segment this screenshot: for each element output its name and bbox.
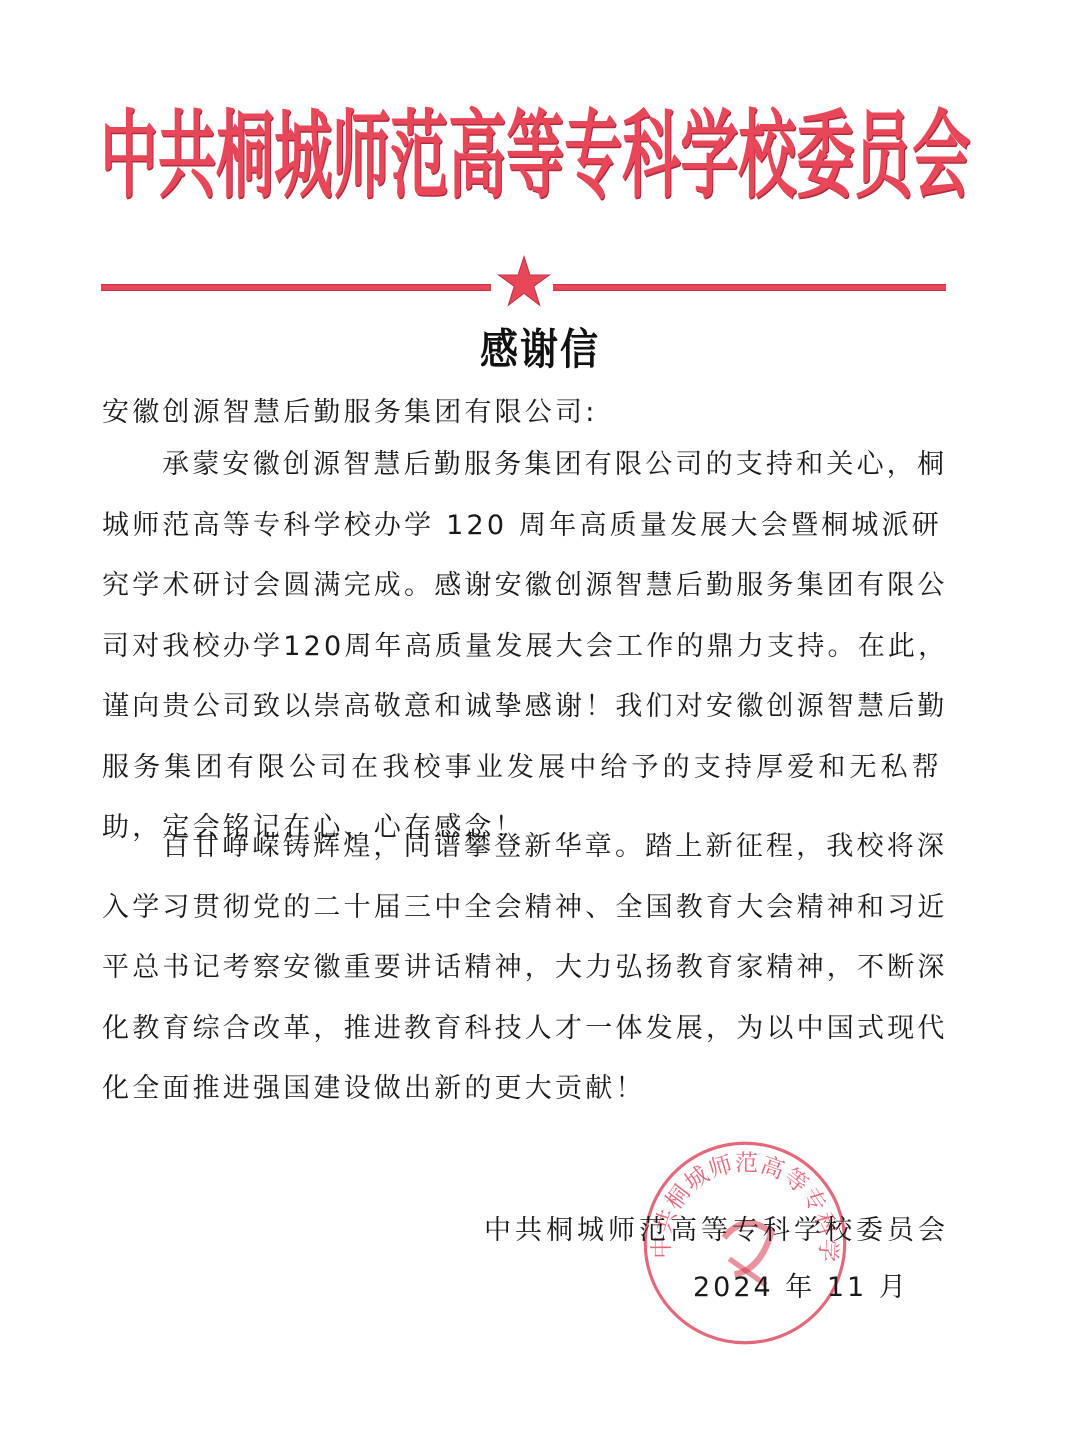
- letterhead-char: 高: [448, 78, 506, 217]
- letterhead-char: 委: [796, 78, 854, 217]
- signature: 中共桐城师范高等专科学校委员会: [484, 1208, 949, 1247]
- paragraph-line: 服务集团有限公司在我校事业发展中给予的支持厚爱和无私帮: [102, 738, 942, 799]
- salutation: 安徽创源智慧后勤服务集团有限公司:: [102, 390, 598, 429]
- paragraph-line: 化全面推进强国建设做出新的更大贡献！: [102, 1059, 942, 1120]
- paragraph-line: 谨向贵公司致以崇高敬意和诚挚感谢！我们对安徽创源智慧后勤: [102, 677, 942, 738]
- letterhead-char: 专: [564, 78, 622, 217]
- paragraph-1: 承蒙安徽创源智慧后勤服务集团有限公司的支持和关心，桐 城师范高等专科学校办学 1…: [102, 435, 942, 859]
- paragraph-line: 承蒙安徽创源智慧后勤服务集团有限公司的支持和关心，桐: [102, 435, 942, 496]
- letterhead-char: 桐: [216, 78, 274, 217]
- letterhead-char: 学: [680, 78, 738, 217]
- letterhead-char: 师: [332, 78, 390, 217]
- letterhead-divider-left: [101, 284, 491, 291]
- paragraph-line: 司对我校办学120周年高质量发展大会工作的鼎力支持。在此，: [102, 617, 942, 678]
- letterhead-char: 校: [738, 78, 796, 217]
- letterhead-divider-right: [553, 284, 946, 291]
- letterhead-char: 会: [912, 78, 970, 217]
- letterhead-char: 共: [158, 78, 216, 217]
- letterhead-char: 等: [506, 78, 564, 217]
- letterhead-char: 员: [854, 78, 912, 217]
- paragraph-line: 入学习贯彻党的二十届三中全会精神、全国教育大会精神和习近: [102, 878, 942, 939]
- letterhead-char: 范: [390, 78, 448, 217]
- letter-title: 感谢信: [0, 315, 1080, 377]
- letterhead-title: 中 共 桐 城 师 范 高 等 专 科 学 校 委 员 会: [100, 40, 960, 255]
- paragraph-line: 平总书记考察安徽重要讲话精神，大力弘扬教育家精神，不断深: [102, 938, 942, 999]
- letterhead-char: 城: [274, 78, 332, 217]
- letterhead-char: 科: [622, 78, 680, 217]
- paragraph-2: 百廿峥嵘铸辉煌，同谱攀登新华章。踏上新征程，我校将深 入学习贯彻党的二十届三中全…: [102, 817, 942, 1120]
- paragraph-line: 城师范高等专科学校办学 120 周年高质量发展大会暨桐城派研: [102, 496, 942, 557]
- letterhead-char: 中: [100, 78, 158, 217]
- paragraph-line: 究学术研讨会圆满完成。感谢安徽创源智慧后勤服务集团有限公: [102, 556, 942, 617]
- star-icon: [497, 255, 551, 309]
- paragraph-line: 百廿峥嵘铸辉煌，同谱攀登新华章。踏上新征程，我校将深: [102, 817, 942, 878]
- paragraph-line: 化教育综合改革，推进教育科技人才一体发展，为以中国式现代: [102, 999, 942, 1060]
- date: 2024 年 11 月: [693, 1265, 909, 1304]
